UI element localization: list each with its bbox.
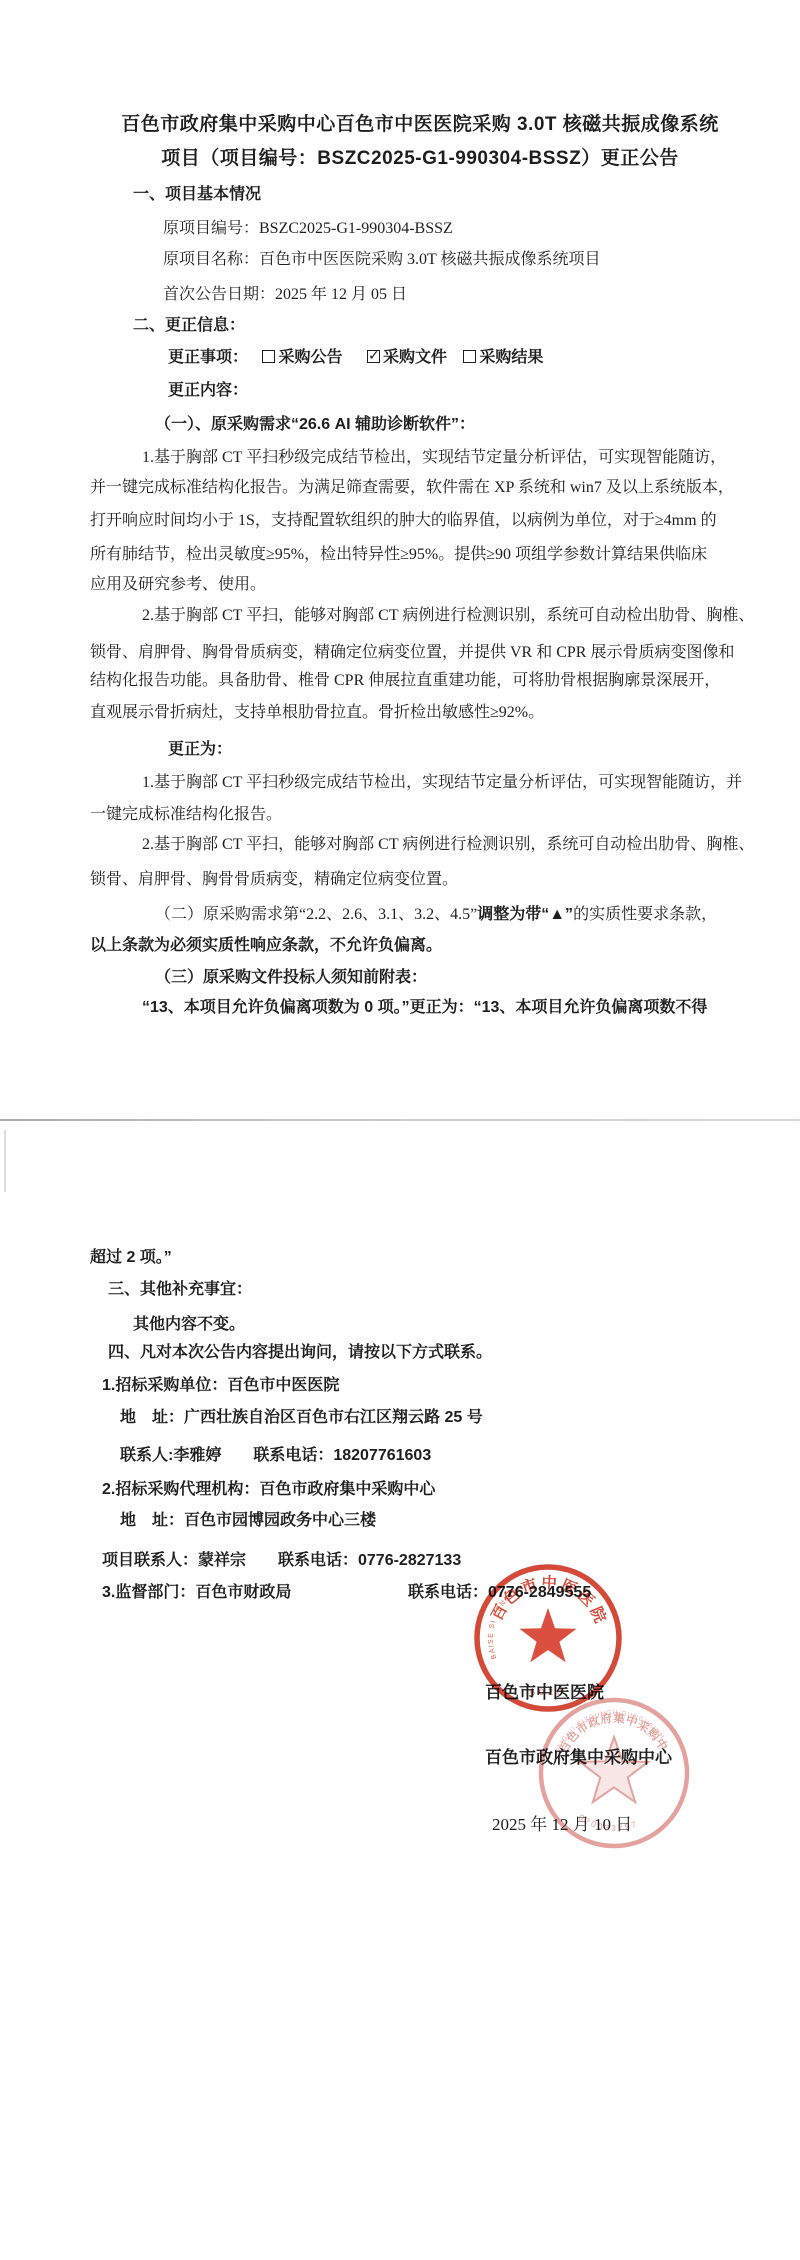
contact-3-department: 3.监督部门：百色市财政局	[102, 1583, 291, 1602]
body-line: 2.基于胸部 CT 平扫，能够对胸部 CT 病例进行检测识别，系统可自动检出肋骨…	[142, 835, 754, 854]
page-edge-artifact	[4, 1130, 6, 1192]
seal-star-icon	[580, 1737, 648, 1802]
section-3-heading: 三、其他补充事宜：	[108, 1280, 252, 1299]
first-announcement-date: 首次公告日期：2025 年 12 月 05 日	[163, 285, 407, 304]
body-line: 所有肺结节，检出灵敏度≥95%，检出特异性≥95%。提供≥90 项组学参数计算结…	[90, 545, 707, 564]
correct-to-label: 更正为：	[168, 740, 232, 759]
body-line: 1.基于胸部 CT 平扫秒级完成结节检出，实现结节定量分析评估，可实现智能随访，	[142, 448, 726, 467]
contact-2-person: 项目联系人：蒙祥宗 联系电话：0776-2827133	[102, 1551, 461, 1570]
section-4-heading: 四、凡对本次公告内容提出询问，请按以下方式联系。	[108, 1343, 492, 1362]
original-project-number: 原项目编号：BSZC2025-G1-990304-BSSZ	[163, 219, 453, 238]
contact-1-person: 联系人:李雅婷 联系电话：18207761603	[120, 1446, 431, 1465]
seal-serial: 020033757	[577, 1812, 640, 1833]
contact-1-address: 地 址：广西壮族自治区百色市右江区翔云路 25 号	[120, 1408, 483, 1427]
option-procurement-document: 采购文件	[367, 349, 447, 366]
document-page: 百色市政府集中采购中心百色市中医医院采购 3.0T 核磁共振成像系统 项目（项目…	[0, 0, 800, 2260]
body-line: 锁骨、肩胛骨、胸骨骨质病变，精确定位病变位置。	[90, 870, 458, 889]
contact-2-address: 地 址：百色市园博园政务中心三楼	[120, 1511, 376, 1530]
item-2-line-1: （二）原采购需求第“2.2、2.6、3.1、3.2、4.5”调整为带“▲”的实质…	[155, 905, 717, 924]
body-line: 并一键完成标准结构化报告。为满足筛查需要，软件需在 XP 系统和 win7 及以…	[90, 478, 734, 497]
item-3-heading: （三）原采购文件投标人须知前附表：	[155, 968, 427, 987]
option-procurement-result: 采购结果	[463, 349, 543, 366]
contact-2-agency: 2.招标采购代理机构：百色市政府集中采购中心	[102, 1480, 435, 1499]
correction-items-row: 更正事项： 采购公告 采购文件 采购结果	[168, 348, 543, 367]
svg-text:020033757: 020033757	[577, 1812, 640, 1833]
carryover-line: 超过 2 项。”	[90, 1248, 172, 1267]
section-2-heading: 二、更正信息：	[133, 316, 245, 335]
item-2-bold-segment: 调整为带“▲”	[477, 906, 573, 923]
body-line: 结构化报告功能。具备肋骨、椎骨 CPR 伸展拉直重建功能，可将肋骨根据胸廓景深展…	[90, 671, 720, 690]
body-line: 直观展示骨折病灶，支持单根肋骨拉直。骨折检出敏感性≥92%。	[90, 703, 544, 722]
body-line: 一键完成标准结构化报告。	[90, 805, 282, 824]
contact-1-unit: 1.招标采购单位：百色市中医医院	[102, 1376, 339, 1395]
section-1-heading: 一、项目基本情况	[133, 185, 261, 204]
section-3-line: 其他内容不变。	[133, 1315, 245, 1334]
page-break-line	[0, 1119, 800, 1121]
body-line: 打开响应时间均小于 1S，支持配置软组织的肿大的临界值，以病例为单位，对于≥4m…	[90, 511, 717, 530]
correction-content-label: 更正内容：	[168, 381, 248, 400]
title-line-1: 百色市政府集中采购中心百色市中医医院采购 3.0T 核磁共振成像系统	[40, 114, 800, 137]
correction-items-label: 更正事项：	[168, 349, 248, 366]
body-line: 应用及研究参考、使用。	[90, 575, 266, 594]
item-3-line: “13、本项目允许负偏离项数为 0 项。”更正为：“13、本项目允许负偏离项数不…	[142, 998, 707, 1017]
item-2-line-2: 以上条款为必须实质性响应条款，不允许负偏离。	[90, 936, 442, 955]
original-project-name: 原项目名称：百色市中医医院采购 3.0T 核磁共振成像系统项目	[163, 250, 601, 269]
item-1-heading: （一）、原采购需求“26.6 AI 辅助诊断软件”：	[155, 415, 475, 434]
checkbox-unchecked-icon	[262, 350, 275, 363]
body-line: 2.基于胸部 CT 平扫，能够对胸部 CT 病例进行检测识别，系统可自动检出肋骨…	[142, 606, 754, 625]
checkbox-checked-icon	[367, 350, 380, 363]
seal-star-icon	[519, 1608, 576, 1662]
body-line: 锁骨、肩胛骨、胸骨骨质病变，精确定位病变位置，并提供 VR 和 CPR 展示骨质…	[90, 643, 734, 662]
checkbox-unchecked-icon	[463, 350, 476, 363]
body-line: 1.基于胸部 CT 平扫秒级完成结节检出，实现结节定量分析评估，可实现智能随访，…	[142, 773, 742, 792]
procurement-center-seal: 百色市政府集中采购中心 CAIGIUI CIZCUNGH GUNGHSINH 0…	[536, 1695, 692, 1855]
option-procurement-announcement: 采购公告	[262, 349, 342, 366]
title-line-2: 项目（项目编号：BSZC2025-G1-990304-BSSZ）更正公告	[40, 148, 800, 171]
